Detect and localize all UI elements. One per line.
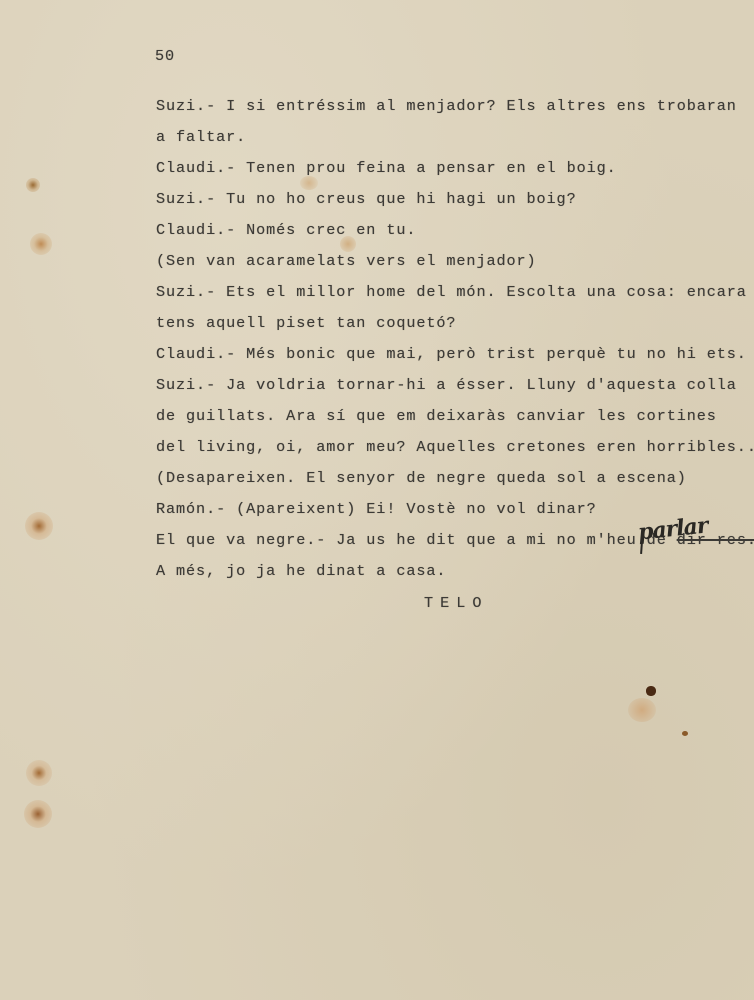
stain bbox=[628, 698, 656, 722]
stain bbox=[26, 178, 40, 192]
text-line: Claudi.- Tenen prou feina a pensar en el… bbox=[156, 158, 617, 178]
text-line: Suzi.- I si entréssim al menjador? Els a… bbox=[156, 96, 737, 116]
stage-direction: (Sen van acaramelats vers el menjador) bbox=[156, 251, 537, 271]
text-line: Suzi.- Ja voldria tornar-hi a ésser. Llu… bbox=[156, 375, 737, 395]
text-line: de guillats. Ara sí que em deixaràs canv… bbox=[156, 406, 717, 426]
typewritten-page: 50 Suzi.- I si entréssim al menjador? El… bbox=[0, 0, 754, 1000]
text-line: a faltar. bbox=[156, 127, 246, 147]
corrected-line-prefix: El que va negre.- Ja us he dit que a mi … bbox=[156, 531, 677, 549]
text-line: Claudi.- Només crec en tu. bbox=[156, 220, 416, 240]
text-line: Suzi.- Tu no ho creus que hi hagi un boi… bbox=[156, 189, 577, 209]
stain bbox=[30, 233, 52, 255]
stain bbox=[646, 686, 656, 696]
text-line: Ramón.- (Apareixent) Ei! Vostè no vol di… bbox=[156, 499, 597, 519]
text-line: Claudi.- Més bonic que mai, però trist p… bbox=[156, 344, 747, 364]
text-line: tens aquell piset tan coquetó? bbox=[156, 313, 456, 333]
text-line: Suzi.- Ets el millor home del món. Escol… bbox=[156, 282, 747, 302]
signature: TELO bbox=[424, 593, 488, 613]
text-line: A més, jo ja he dinat a casa. bbox=[156, 561, 446, 581]
stain bbox=[300, 176, 318, 190]
page-number: 50 bbox=[155, 46, 175, 66]
stain bbox=[682, 731, 688, 736]
stage-direction: (Desapareixen. El senyor de negre queda … bbox=[156, 468, 687, 488]
stain bbox=[25, 512, 53, 540]
text-line: del living, oi, amor meu? Aquelles creto… bbox=[156, 437, 754, 457]
stain bbox=[24, 800, 52, 828]
stain bbox=[26, 760, 52, 786]
